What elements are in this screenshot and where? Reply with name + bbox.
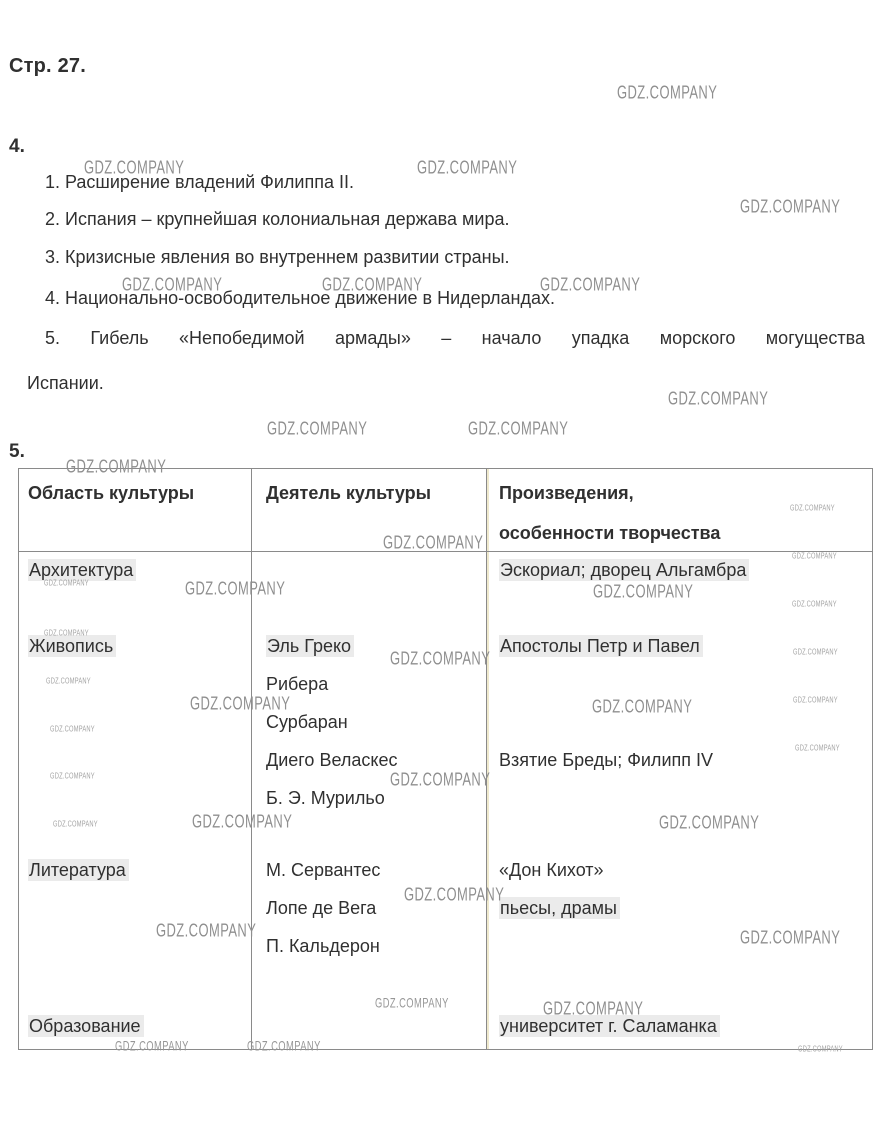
artist-name: П. Кальдерон — [266, 927, 486, 965]
works-text: Взятие Бреды; Филипп IV — [499, 741, 872, 779]
cell-works: Эскориал; дворец Альгамбра — [486, 552, 872, 627]
works-text: пьесы, драмы — [499, 897, 620, 919]
culture-table: Область культуры Деятель культуры Произв… — [18, 468, 873, 1050]
works-text: Апостолы Петр и Павел — [499, 635, 703, 657]
header-cell-works: Произведения, особенности творчества — [486, 469, 872, 551]
watermark-text: GDZ.COMPANY — [617, 82, 717, 104]
works-text: Эскориал; дворец Альгамбра — [499, 559, 749, 581]
list-item-1: 1. Расширение владений Филиппа II. — [45, 172, 354, 193]
artist-name: Сурбаран — [266, 703, 486, 741]
table-row: Литература М. Сервантес Лопе де Вега П. … — [19, 843, 872, 993]
works-text: «Дон Кихот» — [499, 851, 872, 889]
area-label: Архитектура — [28, 559, 136, 581]
list-item-4: 4. Национально-освободительное движение … — [45, 288, 555, 309]
watermark-text: GDZ.COMPANY — [468, 418, 568, 440]
cell-works: Апостолы Петр и Павел Взятие Бреды; Фили… — [486, 627, 872, 843]
cell-works: университет г. Саламанка — [486, 993, 872, 1049]
watermark-text: GDZ.COMPANY — [540, 274, 640, 296]
cell-figure: Эль Греко Рибера Сурбаран Диего Веласкес… — [251, 627, 486, 843]
cell-figure — [251, 993, 486, 1049]
artist-name: Эль Греко — [266, 635, 354, 657]
document-page: Стр. 27. 4. 1. Расширение владений Филип… — [0, 0, 891, 1147]
area-label: Живопись — [28, 635, 116, 657]
cell-works: «Дон Кихот» пьесы, драмы — [486, 843, 872, 993]
cell-area: Живопись — [19, 627, 251, 843]
section-5-heading: 5. — [9, 441, 25, 463]
cell-figure — [251, 552, 486, 627]
table-row: Архитектура Эскориал; дворец Альгамбра — [19, 552, 872, 627]
header-cell-area: Область культуры — [19, 469, 251, 551]
cell-area: Литература — [19, 843, 251, 993]
watermark-text: GDZ.COMPANY — [668, 388, 768, 410]
table-row: Живопись Эль Греко Рибера Сурбаран Диего… — [19, 627, 872, 843]
header-cell-figure: Деятель культуры — [251, 469, 486, 551]
cell-area: Образование — [19, 993, 251, 1049]
section-4-heading: 4. — [9, 136, 25, 158]
area-label: Литература — [28, 859, 129, 881]
area-label: Образование — [28, 1015, 144, 1037]
artist-name: Диего Веласкес — [266, 741, 486, 779]
cell-area: Архитектура — [19, 552, 251, 627]
list-item-3: 3. Кризисные явления во внутреннем разви… — [45, 247, 510, 268]
cell-figure: М. Сервантес Лопе де Вега П. Кальдерон — [251, 843, 486, 993]
artist-name: Лопе де Вега — [266, 889, 486, 927]
watermark-text: GDZ.COMPANY — [417, 157, 517, 179]
table-header-row: Область культуры Деятель культуры Произв… — [19, 469, 872, 552]
page-title: Стр. 27. — [9, 55, 86, 78]
watermark-text: GDZ.COMPANY — [267, 418, 367, 440]
list-item-2: 2. Испания – крупнейшая колониальная дер… — [45, 209, 510, 230]
artist-name: М. Сервантес — [266, 851, 486, 889]
table-row: Образование университет г. Саламанка — [19, 993, 872, 1049]
artist-name: Б. Э. Мурильо — [266, 779, 486, 817]
list-item-5-line-1: 5. Гибель «Непобедимой армады» – начало … — [27, 328, 865, 349]
works-text: университет г. Саламанка — [499, 1015, 720, 1037]
list-item-5-line-2: Испании. — [27, 373, 104, 394]
watermark-text: GDZ.COMPANY — [740, 196, 840, 218]
artist-name: Рибера — [266, 665, 486, 703]
